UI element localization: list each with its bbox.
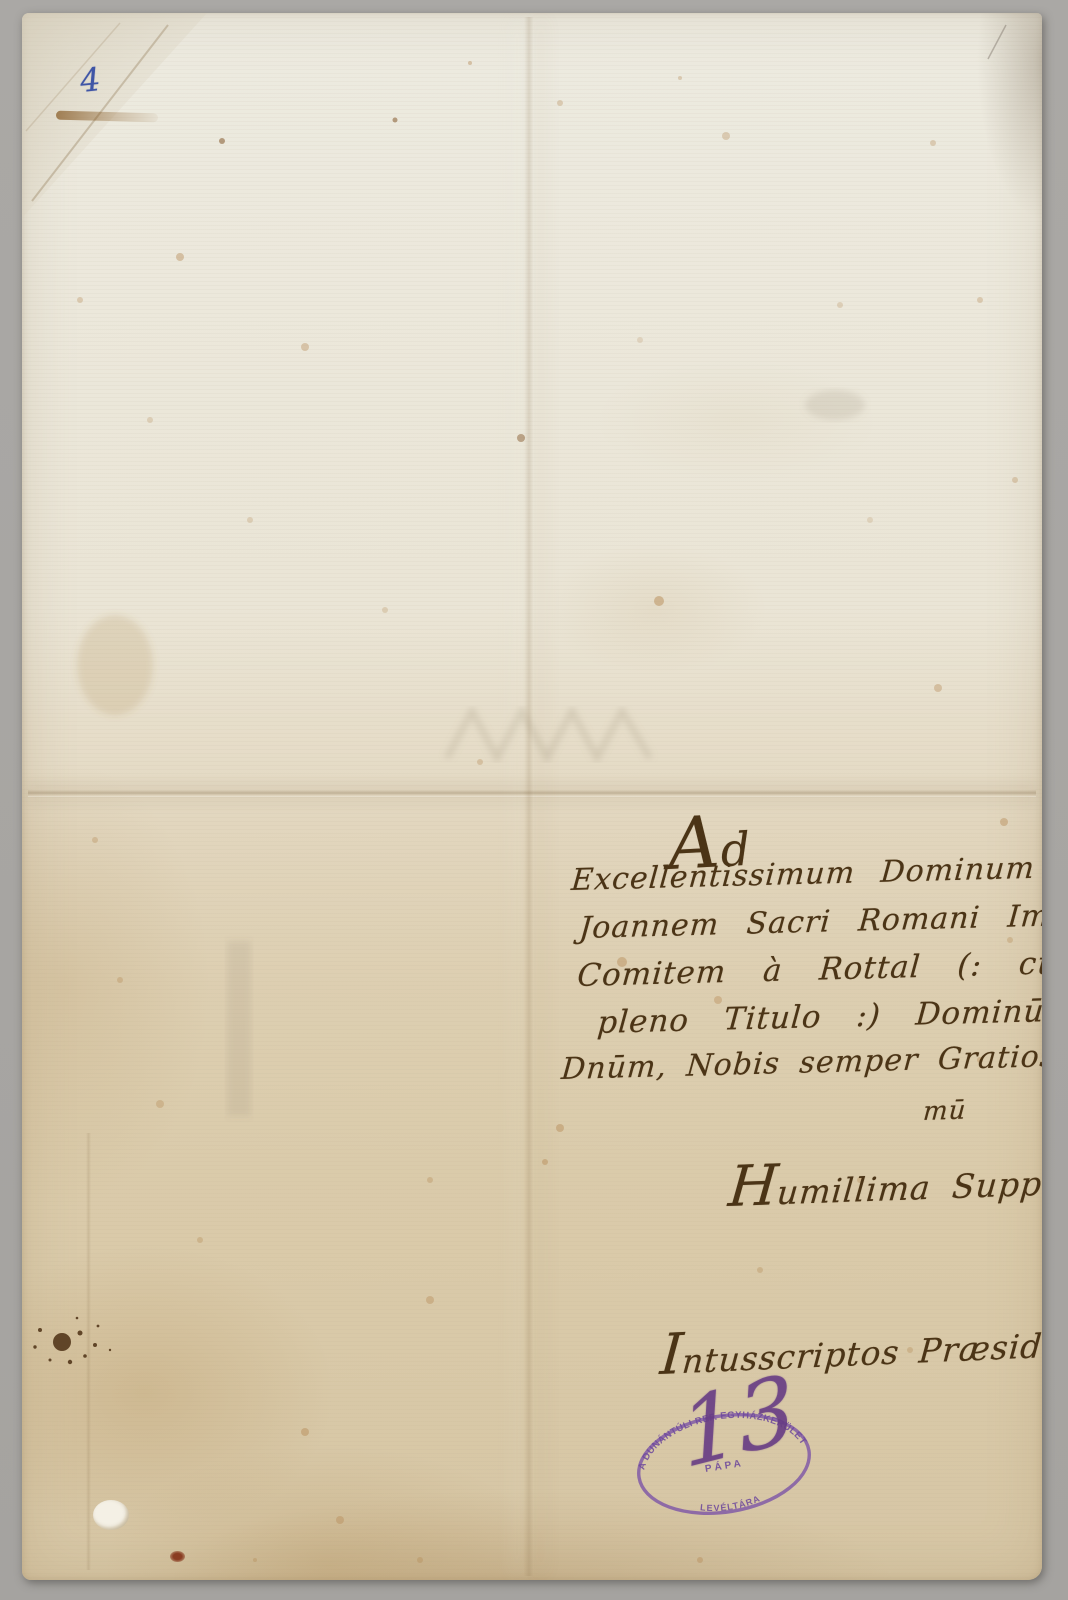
watermark (447, 711, 650, 758)
left-edge-crease (86, 1133, 91, 1570)
address-continuation: mū (922, 1095, 967, 1127)
scan-background: 4 Ad Excellentissimum Dominum Dnū Joanne… (0, 0, 1068, 1600)
gray-smudge (805, 390, 865, 420)
red-ink-spot (170, 1551, 185, 1562)
wax-spot (93, 1500, 129, 1530)
archival-number: 4 (78, 60, 102, 100)
manuscript-page: 4 Ad Excellentissimum Dominum Dnū Joanne… (22, 13, 1042, 1580)
gray-streak (227, 941, 251, 1116)
fingerprint-smudge (77, 615, 153, 715)
vertical-fold-crease (524, 17, 534, 1576)
subscription-line: Humillima Supplio (726, 1142, 1042, 1220)
pencil-mark (988, 25, 1006, 59)
ink-splatter (33, 1317, 111, 1365)
